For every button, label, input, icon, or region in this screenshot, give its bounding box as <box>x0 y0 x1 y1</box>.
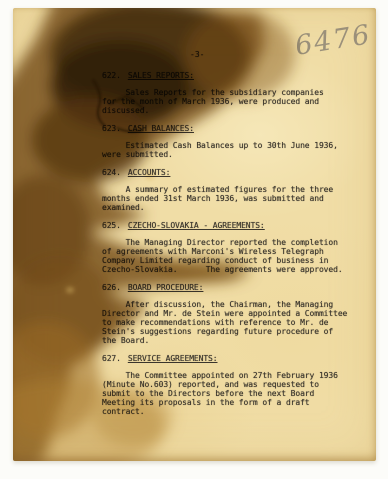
section-heading: 624.ACCOUNTS: <box>102 168 368 177</box>
section-heading: 627.SERVICE AGREEMENTS: <box>102 354 368 363</box>
scan-background: -3- 6476 622.SALES REPORTS: Sales Report… <box>0 0 388 479</box>
minutes-section-622: 622.SALES REPORTS: Sales Reports for the… <box>102 71 368 115</box>
section-title: SALES REPORTS: <box>128 71 194 80</box>
section-number: 624. <box>102 168 121 177</box>
section-number: 623. <box>102 124 121 133</box>
section-title: CZECHO-SLOVAKIA - AGREEMENTS: <box>128 221 265 230</box>
section-body: The Managing Director reported the compl… <box>102 238 368 274</box>
paper-sheet: -3- 6476 622.SALES REPORTS: Sales Report… <box>13 8 376 461</box>
section-title: BOARD PROCEDURE: <box>128 283 203 292</box>
section-heading: 623.CASH BALANCES: <box>102 124 368 133</box>
minutes-section-624: 624.ACCOUNTS: A summary of estimated fig… <box>102 168 368 212</box>
section-body: After discussion, the Chairman, the Mana… <box>102 300 368 345</box>
section-body: A summary of estimated figures for the t… <box>102 185 368 212</box>
section-number: 622. <box>102 71 121 80</box>
section-number: 627. <box>102 354 121 363</box>
section-heading: 625.CZECHO-SLOVAKIA - AGREEMENTS: <box>102 221 368 230</box>
section-number: 626. <box>102 283 121 292</box>
section-title: ACCOUNTS: <box>128 168 170 177</box>
section-title: CASH BALANCES: <box>128 124 194 133</box>
section-body: The Committee appointed on 27th February… <box>102 371 368 416</box>
page-number: -3- <box>190 50 204 59</box>
minutes-section-623: 623.CASH BALANCES: Estimated Cash Balanc… <box>102 124 368 159</box>
section-title: SERVICE AGREEMENTS: <box>128 354 218 363</box>
section-body: Estimated Cash Balances up to 30th June … <box>102 141 368 159</box>
minutes-column: 622.SALES REPORTS: Sales Reports for the… <box>102 71 368 425</box>
handwritten-catalog-number: 6476 <box>293 20 373 62</box>
section-number: 625. <box>102 221 121 230</box>
minutes-section-625: 625.CZECHO-SLOVAKIA - AGREEMENTS: The Ma… <box>102 221 368 274</box>
section-heading: 626.BOARD PROCEDURE: <box>102 283 368 292</box>
section-heading: 622.SALES REPORTS: <box>102 71 368 80</box>
minutes-section-627: 627.SERVICE AGREEMENTS: The Committee ap… <box>102 354 368 416</box>
minutes-section-626: 626.BOARD PROCEDURE: After discussion, t… <box>102 283 368 345</box>
section-body: Sales Reports for the subsidiary compani… <box>102 88 368 115</box>
